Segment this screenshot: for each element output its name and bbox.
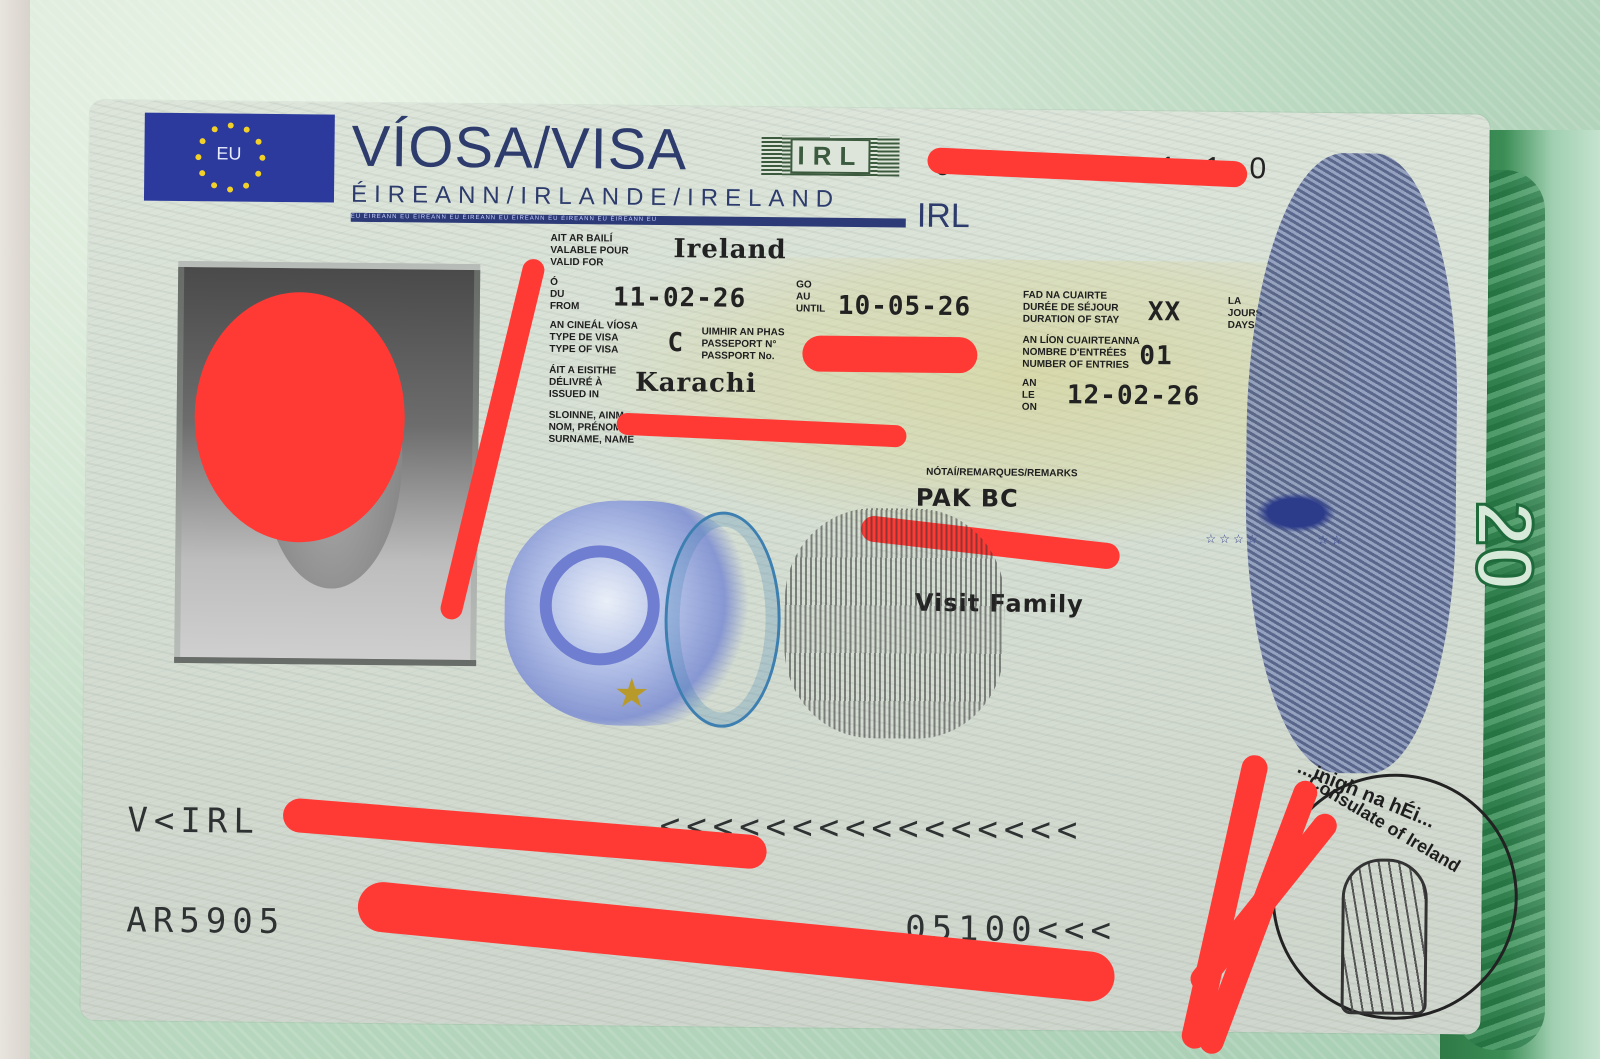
- value-valid-for: Ireland: [673, 234, 787, 265]
- label-valid-for: AIT AR BAILÍ VALABLE POUR VALID FOR: [550, 233, 629, 270]
- label-type-of-visa: AN CINEÁL VÍOSA TYPE DE VISA TYPE OF VIS…: [549, 320, 638, 357]
- fabric-edge: [0, 0, 30, 1059]
- harp-icon: [1340, 858, 1428, 1015]
- irl-box-text: IRL: [790, 138, 870, 174]
- banknote-numeral: 20: [1458, 502, 1550, 591]
- label-remarks: NÓTAÍ/REMARQUES/REMARKS: [926, 467, 1078, 481]
- guilloche-pattern: [783, 507, 1005, 739]
- value-issued-in: Karachi: [635, 368, 757, 399]
- value-issued-on: 12-02-26: [1067, 380, 1201, 411]
- security-portrait-pattern: [1243, 152, 1459, 774]
- eu-flag: EU: [144, 113, 335, 203]
- issuing-state-code: IRL: [917, 197, 970, 237]
- value-remarks-line1: PAK BC: [916, 484, 1019, 513]
- label-from: Ó DU FROM: [550, 277, 580, 313]
- value-duration-of-stay: XX: [1148, 297, 1182, 327]
- visa-subtitle: ÉIREANN/IRLANDE/IRELAND: [351, 181, 840, 214]
- gold-star-icon: ★: [614, 671, 650, 717]
- label-issued-on: AN LE ON: [1022, 378, 1037, 414]
- label-until: GO AU UNTIL: [796, 279, 826, 315]
- visa-title: VÍOSA/VISA: [351, 113, 687, 184]
- label-passport-no: UIMHIR AN PHAS PASSEPORT N° PASSPORT No.: [701, 326, 784, 363]
- irl-security-box: IRL: [761, 135, 899, 176]
- bull-icon: [1256, 492, 1336, 533]
- hologram-emblem: [539, 545, 660, 666]
- label-duration-of-stay: FAD NA CUAIRTE DURÉE DE SÉJOUR DURATION …: [1023, 290, 1120, 327]
- mrz-line-2-start: AR5905: [126, 900, 285, 942]
- value-from: 11-02-26: [613, 282, 747, 313]
- value-type-of-visa: C: [667, 328, 684, 358]
- label-number-of-entries: AN LÍON CUAIRTEANNA NOMBRE D'ENTRÉES NUM…: [1022, 335, 1140, 372]
- visa-sticker: EU VÍOSA/VISA ÉIREANN/IRLANDE/IRELAND EU…: [80, 100, 1490, 1035]
- guilloche-rosette: [663, 511, 781, 728]
- microprint-line: EU ÉIREANN EU ÉIREANN EU ÉIREANN EU ÉIRE…: [351, 213, 906, 228]
- value-number-of-entries: 01: [1139, 341, 1173, 371]
- mrz-line-1-start: V<IRL: [127, 800, 260, 841]
- redaction-passport-no: [802, 335, 977, 373]
- eu-label: EU: [216, 143, 241, 164]
- stars-row-icon: ☆☆☆☆ ☆☆: [1205, 532, 1345, 547]
- label-issued-in: ÁIT A EISITHE DÉLIVRÉ À ISSUED IN: [549, 365, 616, 402]
- value-until: 10-05-26: [838, 291, 972, 322]
